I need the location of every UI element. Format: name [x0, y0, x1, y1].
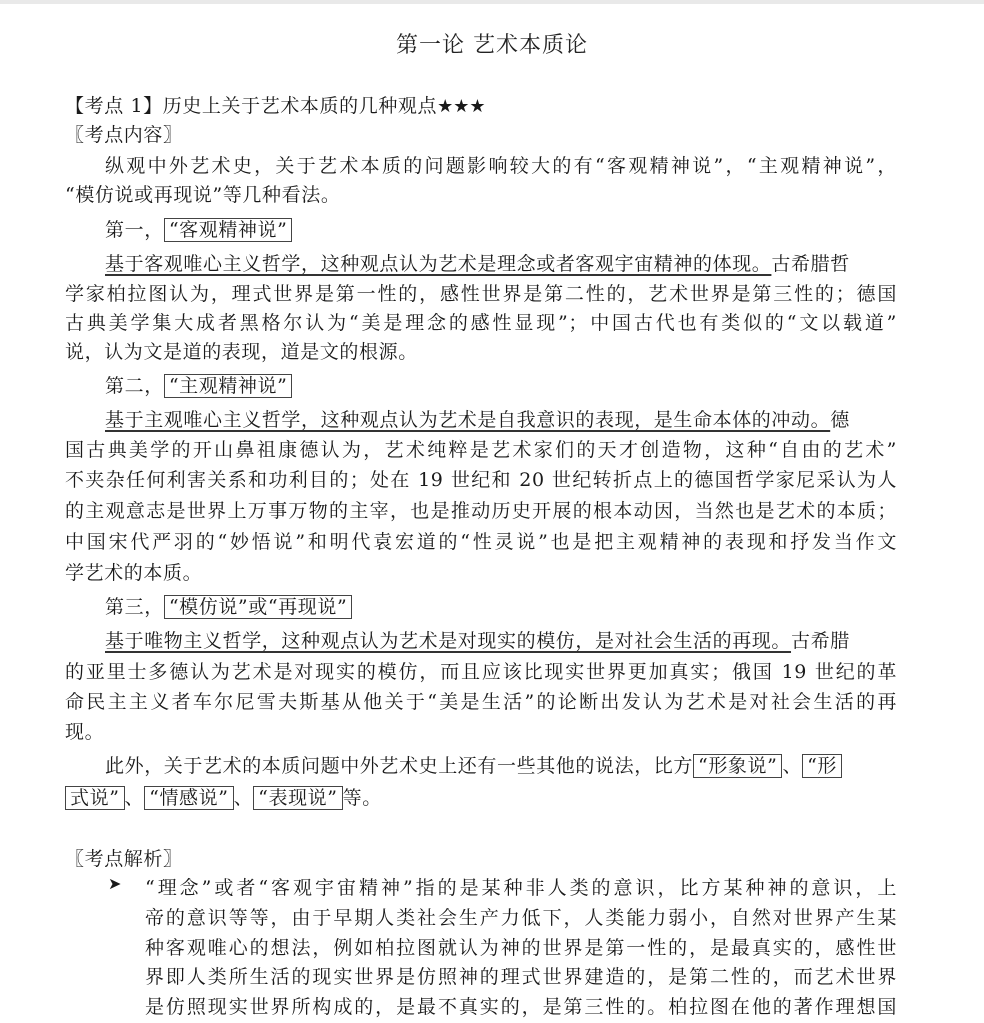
- view-2-line-1: 基于主观唯心主义哲学，这种观点认为艺术是自我意识的表现，是生命本体的冲动。德: [105, 406, 897, 434]
- other-view-xingshi-box-part2: 式说”: [65, 786, 125, 810]
- other-view-qinggan-box: “情感说”: [144, 786, 233, 810]
- other-views-prefix: 此外，关于艺术的本质问题中外艺术史上还有一些其他的说法，比方: [105, 755, 693, 777]
- view-1-name-box: “客观精神说”: [164, 218, 293, 242]
- view-2-line-4: 的主观意志是世界上万事万物的主宰，也是推动历史开展的根本动因，当然也是艺术的本质…: [65, 497, 897, 525]
- view-2-line-5: 中国宋代严羽的“妙悟说”和明代袁宏道的“性灵说”也是把主观精神的表现和抒发当作文: [65, 528, 897, 556]
- view-1-line-2: 学家柏拉图认为，理式世界是第一性的，感性世界是第二性的，艺术世界是第三性的；德国: [65, 280, 897, 308]
- view-3-underlined-definition: 基于唯物主义哲学，这种观点认为艺术是对现实的模仿，是对社会生活的再现。: [105, 630, 791, 652]
- page-title: 第一论 艺术本质论: [0, 28, 984, 59]
- analysis-line-1: “理念”或者“客观宇宙精神”指的是某种非人类的意识，比方某种神的意识，上: [145, 874, 897, 902]
- view-3-line-3: 命民主主义者车尔尼雪夫斯基从他关于“美是生活”的论断出发认为艺术是对社会生活的再: [65, 688, 897, 716]
- other-views-line-1: 此外，关于艺术的本质问题中外艺术史上还有一些其他的说法，比方“形象说”、“形: [105, 752, 897, 780]
- analysis-line-4: 界即人类所生活的现实世界是仿照神的理式世界建造的，是第二性的，而艺术世界: [145, 963, 897, 991]
- view-3-line-4: 现。: [65, 718, 897, 746]
- view-2-line-3: 不夹杂任何利害关系和功利目的；处在 19 世纪和 20 世纪转折点上的德国哲学家…: [65, 466, 897, 494]
- section-analysis-label: 〖考点解析〗: [65, 845, 897, 873]
- separator: 、: [782, 755, 802, 777]
- view-3-heading: 第三，“模仿说”或“再现说”: [105, 593, 897, 621]
- intro-line-2: “模仿说或再现说”等几种看法。: [65, 181, 897, 209]
- view-2-ordinal: 第二，: [105, 375, 164, 397]
- view-1-underlined-definition: 基于客观唯心主义哲学，这种观点认为艺术是理念或者客观宇宙精神的体现。: [105, 253, 771, 275]
- view-1-line-1: 基于客观唯心主义哲学，这种观点认为艺术是理念或者客观宇宙精神的体现。古希腊哲: [105, 250, 897, 278]
- view-3-line-1: 基于唯物主义哲学，这种观点认为艺术是对现实的模仿，是对社会生活的再现。古希腊: [105, 627, 897, 655]
- view-3-name-box: “模仿说”或“再现说”: [164, 595, 352, 619]
- section-content-label: 〖考点内容〗: [65, 121, 897, 149]
- document-page: 第一论 艺术本质论 【考点 1】历史上关于艺术本质的几种观点★★★ 〖考点内容〗…: [0, 0, 984, 1023]
- view-2-name-box: “主观精神说”: [164, 374, 293, 398]
- kaodian-heading: 【考点 1】历史上关于艺术本质的几种观点★★★: [65, 92, 897, 121]
- view-1-line-4: 说，认为文是道的表现，道是文的根源。: [65, 338, 897, 366]
- intro-line-1: 纵观中外艺术史，关于艺术本质的问题影响较大的有“客观精神说”，“主观精神说”，: [105, 152, 897, 180]
- other-views-suffix: 等。: [343, 787, 382, 809]
- view-1-heading: 第一，“客观精神说”: [105, 216, 897, 244]
- separator: 、: [234, 787, 254, 809]
- view-2-line-6: 学艺术的本质。: [65, 559, 897, 587]
- view-2-underlined-definition: 基于主观唯心主义哲学，这种观点认为艺术是自我意识的表现，是生命本体的冲动。: [105, 409, 830, 431]
- view-1-ordinal: 第一，: [105, 219, 164, 241]
- bullet-arrow-icon: ➤: [108, 876, 122, 890]
- other-views-line-2: 式说”、“情感说”、“表现说”等。: [65, 784, 897, 812]
- view-3-line-2: 的亚里士多德认为艺术是对现实的模仿，而且应该比现实世界更加真实；俄国 19 世纪…: [65, 658, 897, 686]
- kaodian-label: 【考点 1】: [65, 95, 163, 117]
- analysis-line-3: 种客观唯心的想法，例如柏拉图就认为神的世界是第一性的，是最真实的，感性世: [145, 934, 897, 962]
- view-3-line-1-rest: 古希腊: [791, 630, 850, 652]
- analysis-line-2: 帝的意识等等，由于早期人类社会生产力低下，人类能力弱小，自然对世界产生某: [145, 904, 897, 932]
- view-2-line-1-rest: 德: [830, 409, 850, 431]
- other-view-biaoxian-box: “表现说”: [253, 786, 342, 810]
- view-1-line-3: 古典美学集大成者黑格尔认为“美是理念的感性显现”；中国古代也有类似的“文以载道”: [65, 309, 897, 337]
- other-view-xingxiang-box: “形象说”: [693, 754, 782, 778]
- view-3-ordinal: 第三，: [105, 596, 164, 618]
- view-2-line-2: 国古典美学的开山鼻祖康德认为，艺术纯粹是艺术家们的天才创造物，这种“自由的艺术”: [65, 436, 897, 464]
- other-view-xingshi-box-part1: “形: [802, 754, 842, 778]
- analysis-line-5: 是仿照现实世界所构成的，是最不真实的，是第三性的。柏拉图在他的著作理想国: [145, 993, 897, 1021]
- view-2-heading: 第二，“主观精神说”: [105, 372, 897, 400]
- separator: 、: [125, 787, 145, 809]
- kaodian-title: 历史上关于艺术本质的几种观点: [163, 95, 437, 117]
- importance-stars-icon: ★★★: [437, 96, 485, 117]
- view-1-line-1-rest: 古希腊哲: [771, 253, 849, 275]
